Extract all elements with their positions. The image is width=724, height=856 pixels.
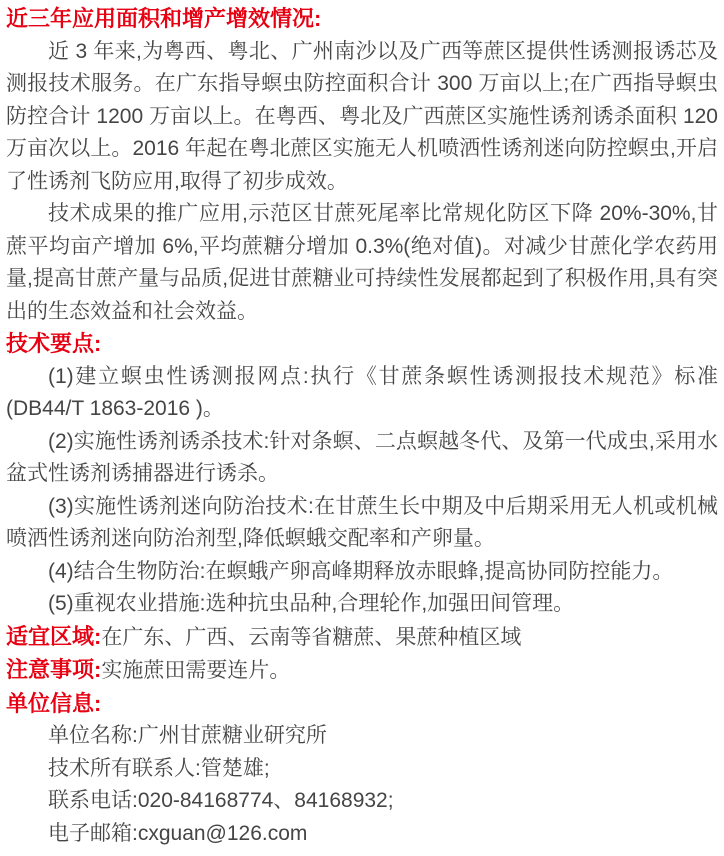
key-point-item-4: (4)结合生物防治:在螟蛾产卵高峰期释放赤眼蜂,提高协同防控能力。 bbox=[6, 556, 718, 589]
notes-label: 注意事项: bbox=[6, 657, 101, 682]
suitable-area-row: 适宜区域:在广东、广西、云南等省糖蔗、果蔗种植区域 bbox=[6, 621, 718, 655]
application-paragraph-2: 技术成果的推广应用,示范区甘蔗死尾率比常规化防区下降 20%-30%,甘蔗平均亩… bbox=[6, 198, 718, 328]
unit-email-row: 电子邮箱:cxguan@126.com bbox=[6, 818, 718, 851]
section-heading-unit-info: 单位信息: bbox=[6, 688, 718, 721]
document-page: 近三年应用面积和增产增效情况: 近 3 年来,为粤西、粤北、广州南沙以及广西等蔗… bbox=[0, 0, 724, 856]
suitable-area-text: 在广东、广西、云南等省糖蔗、果蔗种植区域 bbox=[101, 626, 521, 649]
section-heading-application: 近三年应用面积和增产增效情况: bbox=[6, 3, 718, 36]
key-point-item-1: (1)建立螟虫性诱测报网点:执行《甘蔗条螟性诱测报技术规范》标准(DB44/T … bbox=[6, 361, 718, 426]
key-point-item-5: (5)重视农业措施:选种抗虫品种,合理轮作,加强田间管理。 bbox=[6, 588, 718, 621]
unit-phone-row: 联系电话:020-84168774、84168932; bbox=[6, 785, 718, 818]
application-paragraph-1: 近 3 年来,为粤西、粤北、广州南沙以及广西等蔗区提供性诱测报诱芯及测报技术服务… bbox=[6, 36, 718, 199]
notes-text: 实施蔗田需要连片。 bbox=[101, 659, 290, 682]
suitable-area-label: 适宜区域: bbox=[6, 624, 101, 649]
section-heading-key-points: 技术要点: bbox=[6, 328, 718, 361]
key-point-item-3: (3)实施性诱剂迷向防治技术:在甘蔗生长中期及中后期采用无人机或机械喷洒性诱剂迷… bbox=[6, 491, 718, 556]
unit-contact-person-row: 技术所有联系人:管楚雄; bbox=[6, 753, 718, 786]
key-point-item-2: (2)实施性诱剂诱杀技术:针对条螟、二点螟越冬代、及第一代成虫,采用水盆式性诱剂… bbox=[6, 426, 718, 491]
notes-row: 注意事项:实施蔗田需要连片。 bbox=[6, 654, 718, 688]
unit-name-row: 单位名称:广州甘蔗糖业研究所 bbox=[6, 720, 718, 753]
